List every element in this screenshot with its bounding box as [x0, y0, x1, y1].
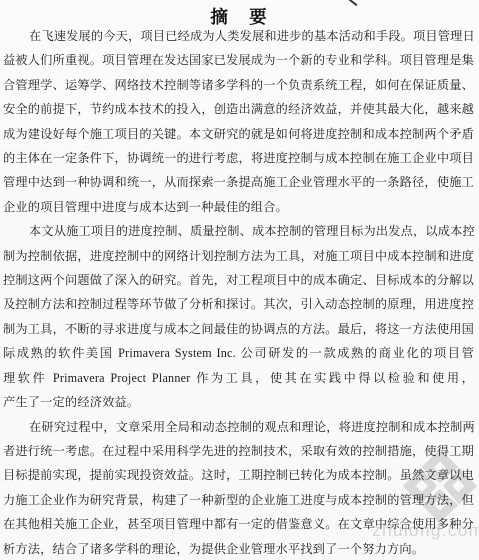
text-line: 者进行统一考虑。在过程中采用科学先进的控制技术，采取有效的控制措施，使得工期 [3, 439, 474, 463]
abstract-body: 在飞速发展的今天，项目已经成为人类发展和进步的基本活动和手段。项目管理日 益被人… [3, 24, 474, 560]
text-line: 益被人们所重视。项目管理在发达国家已发展成为一个新的专业和学科。项目管理是集 [3, 48, 474, 72]
text-line: 产生了一定的经济效益。 [3, 390, 474, 414]
text-line: 析方法，结合了诸多学科的理论，为提供企业管理水平找到了一个努力方向。 [3, 537, 474, 560]
text-line: 制为控制依据，进度控制中的网络计划控制方法为工具，对施工项目中成本控制和进度 [3, 244, 474, 268]
text-line: 在其他相关施工企业，甚至项目管理中都有一定的借鉴意义。在文章中综合使用多种分 [3, 512, 474, 536]
text-line: 制为工具，不断的寻求进度与成本之间最佳的协调点的方法。最后，将这一方法使用国 [3, 317, 474, 341]
text-line: 管理中达到一种协调和统一，从而探索一条提高施工企业管理水平的一条路径，使施工 [3, 170, 474, 194]
text-line: 及控制方法和控制过程等环节做了分析和探讨。其次，引入动态控制的原理，用进度控 [3, 292, 474, 316]
text-line: 安全的前提下，节约成本技术的投入，创造出满意的经济效益，并使其最大化，越来越 [3, 97, 474, 121]
text-line: 合管理学、运筹学、网络技术控制等诸多学科的一个负责系统工程，如何在保证质量、 [3, 73, 474, 97]
text-line: 力施工企业作为研究背景，构建了一种新型的企业施工进度与成本控制的管理方法，但 [3, 488, 474, 512]
text-line: 企业的项目管理中进度与成本达到一种最佳的组合。 [3, 195, 474, 219]
abstract-page: 摘 要 zhulong.com 在飞速发展的今天，项目已经成为人类发展和进步的基… [0, 0, 479, 560]
text-line: 目标提前实现，提前实现投资效益。这时，工期控制已转化为成本控制。虽然文章以电 [3, 463, 474, 487]
text-line: 的主体在一定条件下，协调统一的进行考虑，将进度控制与成本控制在施工企业中项目 [3, 146, 474, 170]
text-line: 在飞速发展的今天，项目已经成为人类发展和进步的基本活动和手段。项目管理日 [3, 24, 474, 48]
text-line: 际成熟的软件美国 Primavera System Inc. 公司研发的一款成熟… [3, 341, 474, 365]
text-line: 本文从施工项目的进度控制、质量控制、成本控制的管理目标为出发点，以成本控 [3, 219, 474, 243]
text-line: 在研究过程中，文章采用全局和动态控制的观点和理论，将进度控制和成本控制两 [3, 415, 474, 439]
text-line: 控制这两个问题做了深入的研究。首先，对工程项目中的成本确定、目标成本的分解以 [3, 268, 474, 292]
text-line: 理软件 Primavera Project Planner 作为工具，使其在实践… [3, 366, 474, 390]
text-line: 成为建设好每个施工项目的关键。本文研究的就是如何将进度控制和成本控制两个矛盾 [3, 122, 474, 146]
